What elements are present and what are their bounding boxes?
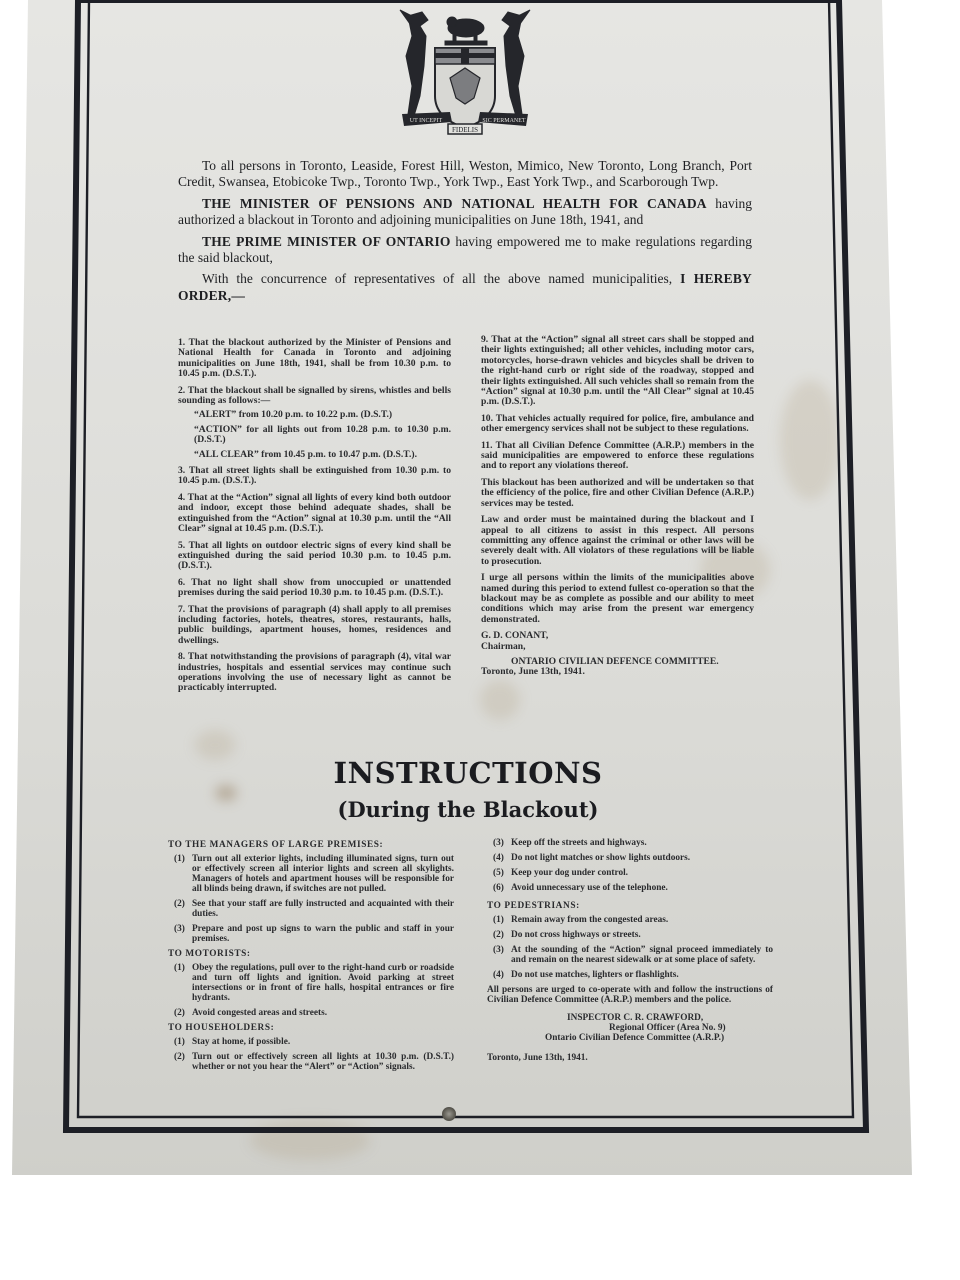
- list-item: (3)At the sounding of the “Action” signa…: [493, 945, 773, 965]
- order-clause: With the concurrence of representatives …: [178, 271, 752, 304]
- order-paragraph: 11. That all Civilian Defence Committee …: [481, 441, 754, 472]
- instructions-subtitle: (During the Blackout): [0, 797, 936, 822]
- motto-left: UT INCEPIT: [410, 118, 443, 124]
- list-item: (2)Do not cross highways or streets.: [493, 930, 773, 940]
- order-paragraph: 10. That vehicles actually required for …: [481, 414, 754, 435]
- list-item: (3)Keep off the streets and highways.: [493, 838, 773, 848]
- order-paragraph: 9. That at the “Action” signal all stree…: [481, 335, 754, 408]
- order-paragraph: 8. That notwithstanding the provisions o…: [178, 652, 451, 694]
- inspector-role: Regional Officer (Area No. 9): [487, 1023, 773, 1033]
- inspector-name: INSPECTOR C. R. CRAWFORD,: [487, 1013, 773, 1023]
- cooperation-note: All persons are urged to co-operate with…: [487, 985, 773, 1005]
- motorists-heading: TO MOTORISTS:: [168, 949, 454, 959]
- inspector-organization: Ontario Civilian Defence Committee (A.R.…: [487, 1033, 773, 1043]
- list-item: (4)Do not light matches or show lights o…: [493, 853, 773, 863]
- instructions-place-date: Toronto, June 13th, 1941.: [487, 1053, 773, 1063]
- list-item: (4)Do not use matches, lighters or flash…: [493, 970, 773, 980]
- premier-clause: THE PRIME MINISTER OF ONTARIO having emp…: [178, 234, 752, 267]
- order-paragraph: 5. That all lights on outdoor electric s…: [178, 541, 451, 572]
- ontario-coat-of-arms-icon: UT INCEPIT SIC PERMANET FIDELIS: [390, 6, 540, 136]
- urge-paragraph: I urge all persons within the limits of …: [481, 573, 754, 625]
- list-item: (1)Stay at home, if possible.: [174, 1037, 454, 1047]
- purpose-paragraph: This blackout has been authorized and wi…: [481, 478, 754, 509]
- list-item: (2)See that your staff are fully instruc…: [174, 899, 454, 919]
- list-item: (2)Avoid congested areas and streets.: [174, 1008, 454, 1018]
- signal-alert: “ALERT” from 10.20 p.m. to 10.22 p.m. (D…: [178, 410, 451, 420]
- order-paragraph: 7. That the provisions of paragraph (4) …: [178, 605, 451, 647]
- order-paragraph: 4. That at the “Action” signal all light…: [178, 493, 451, 535]
- signal-all-clear: “ALL CLEAR” from 10.45 p.m. to 10.47 p.m…: [178, 450, 451, 460]
- list-item: (1)Remain away from the congested areas.: [493, 915, 773, 925]
- list-item: (3)Prepare and post up signs to warn the…: [174, 924, 454, 944]
- list-item: (1)Turn out all exterior lights, includi…: [174, 854, 454, 894]
- thumbtack-hole: [442, 1107, 456, 1121]
- proclamation-preamble: To all persons in Toronto, Leaside, Fore…: [178, 158, 752, 309]
- orders-place-date: Toronto, June 13th, 1941.: [481, 667, 754, 677]
- managers-heading: TO THE MANAGERS OF LARGE PREMISES:: [168, 840, 454, 850]
- signal-action: “ACTION” for all lights out from 10.28 p…: [178, 425, 451, 446]
- signatory-title: Chairman,: [481, 642, 754, 652]
- signatory-name: G. D. CONANT,: [481, 631, 754, 641]
- list-item: (5)Keep your dog under control.: [493, 868, 773, 878]
- pedestrians-heading: TO PEDESTRIANS:: [487, 901, 773, 911]
- list-item: (1)Obey the regulations, pull over to th…: [174, 963, 454, 1003]
- instructions-title: INSTRUCTIONS: [0, 756, 936, 790]
- order-paragraph: 6. That no light shall show from unoccup…: [178, 578, 451, 599]
- orders-left-column: 1. That the blackout authorized by the M…: [178, 338, 451, 700]
- order-paragraph: 2. That the blackout shall be signalled …: [178, 386, 451, 407]
- minister-clause: THE MINISTER OF PENSIONS AND NATIONAL HE…: [178, 196, 752, 229]
- motto-center: FIDELIS: [452, 126, 478, 134]
- addressees: To all persons in Toronto, Leaside, Fore…: [178, 158, 752, 191]
- motto-right: SIC PERMANET: [482, 118, 526, 124]
- order-paragraph: 3. That all street lights shall be extin…: [178, 466, 451, 487]
- order-paragraph: 1. That the blackout authorized by the M…: [178, 338, 451, 380]
- instructions-left-column: TO THE MANAGERS OF LARGE PREMISES: (1)Tu…: [168, 840, 454, 1077]
- list-item: (2)Turn out or effectively screen all li…: [174, 1052, 454, 1072]
- law-paragraph: Law and order must be maintained during …: [481, 515, 754, 567]
- orders-right-column: 9. That at the “Action” signal all stree…: [481, 335, 754, 678]
- list-item: (6)Avoid unnecessary use of the telephon…: [493, 883, 773, 893]
- householders-heading: TO HOUSEHOLDERS:: [168, 1023, 454, 1033]
- instructions-right-column: (3)Keep off the streets and highways. (4…: [487, 838, 773, 1063]
